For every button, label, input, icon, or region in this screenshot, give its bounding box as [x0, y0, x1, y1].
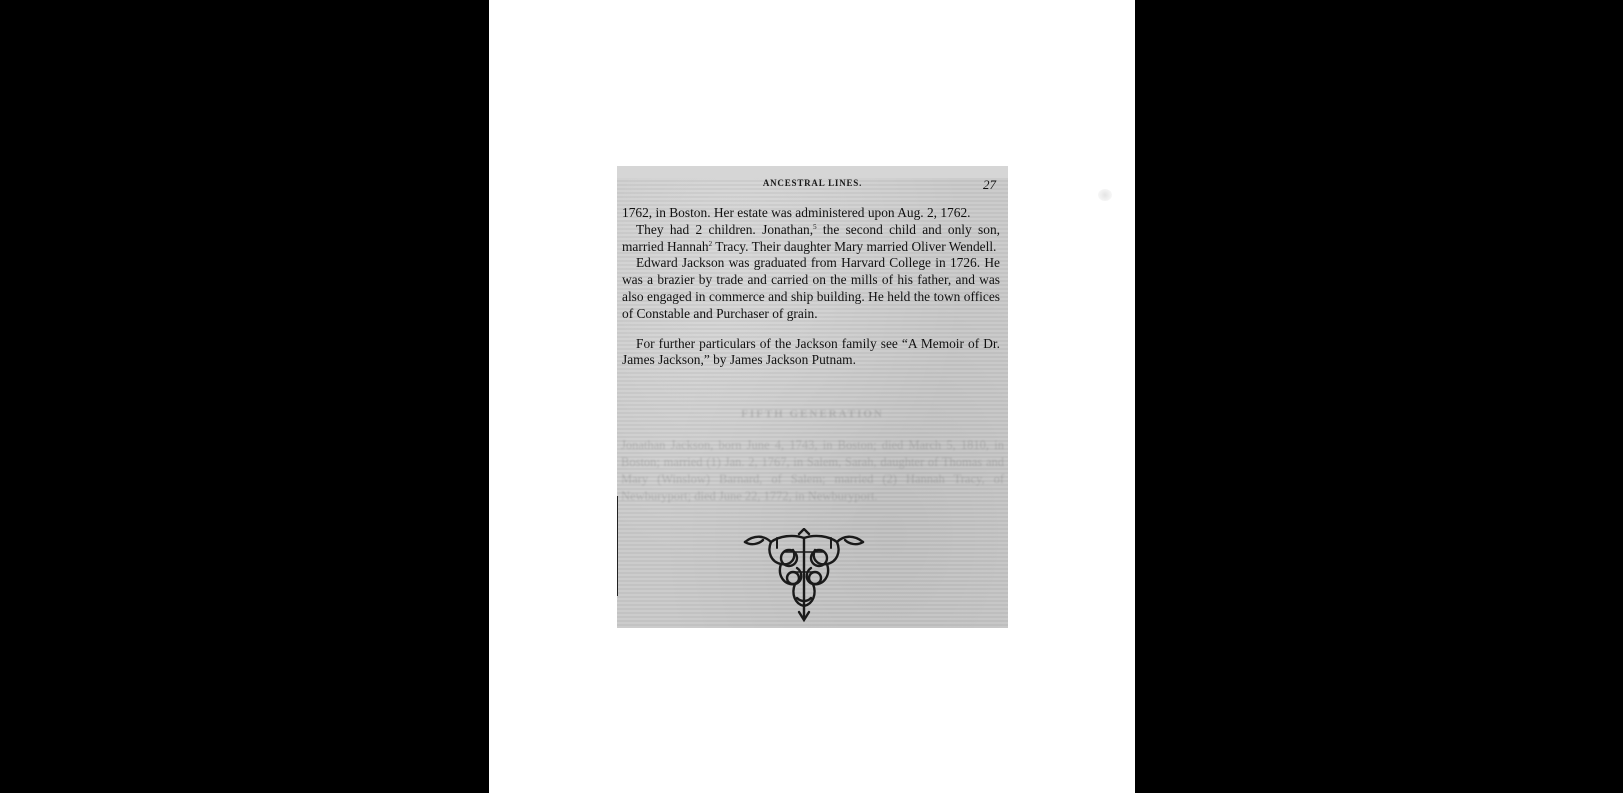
bleed-through-text: FIFTH GENERATION Jonathan Jackson, born … — [617, 406, 1008, 505]
scan-smudge — [1098, 189, 1112, 201]
floral-ornament-icon — [741, 528, 867, 624]
paragraph-4: For further particulars of the Jackson f… — [622, 336, 1000, 370]
scan-edge-rule — [617, 496, 618, 596]
paragraph-2-part-a: They had 2 children. Jonathan, — [636, 222, 813, 237]
scanned-page: ANCESTRAL LINES. 27 FIFTH GENERATION Jon… — [617, 166, 1008, 628]
paragraph-2: They had 2 children. Jonathan,5 the seco… — [622, 222, 1000, 256]
paragraph-2-part-c: Tracy. Their daughter Mary married Olive… — [712, 239, 996, 254]
paragraph-3: Edward Jackson was graduated from Harvar… — [622, 255, 1000, 322]
page-top-band — [617, 166, 1008, 178]
page-body: 1762, in Boston. Her estate was administ… — [622, 205, 1000, 369]
page-number: 27 — [983, 177, 996, 193]
bleed-through-heading: FIFTH GENERATION — [621, 406, 1004, 423]
running-head: ANCESTRAL LINES. — [617, 178, 1008, 194]
bleed-through-body: Jonathan Jackson, born June 4, 1743, in … — [621, 437, 1004, 505]
paragraph-1: 1762, in Boston. Her estate was administ… — [622, 205, 1000, 222]
